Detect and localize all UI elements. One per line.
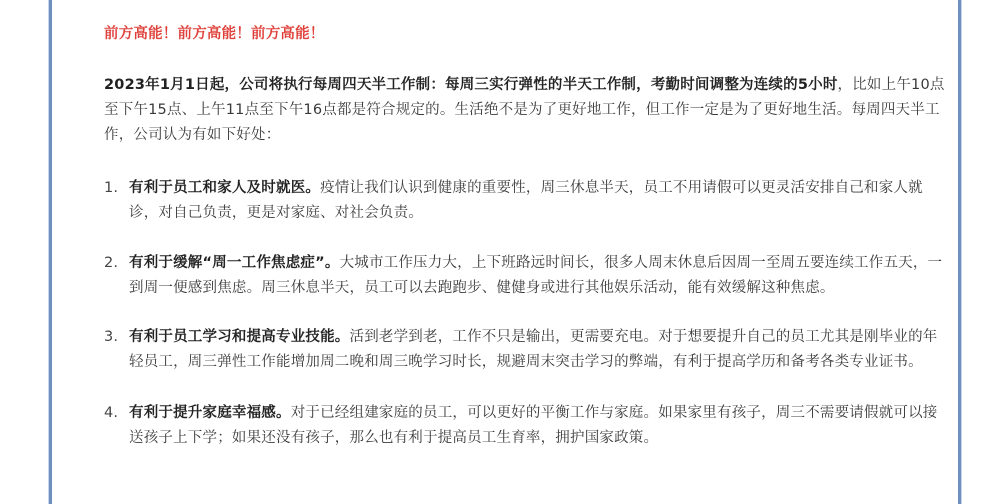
document-body: 前方高能！前方高能！前方高能！ 2023年1月1日起，公司将执行每周四天半工作制… [104,22,949,451]
list-item: 4.有利于提升家庭幸福感。对于已经组建家庭的员工，可以更好的平衡工作与家庭。如果… [104,401,949,451]
intro-bold-text: 2023年1月1日起，公司将执行每周四天半工作制：每周三实行弹性的半天工作制，考… [104,77,838,93]
list-number: 4. [104,401,118,426]
list-number: 2. [104,251,118,276]
intro-paragraph: 2023年1月1日起，公司将执行每周四天半工作制：每周三实行弹性的半天工作制，考… [104,73,949,148]
list-item: 2.有利于缓解“周一工作焦虑症”。大城市工作压力大，上下班路远时间长，很多人周末… [104,251,949,301]
list-item-heading: 有利于提升家庭幸福感。 [129,405,291,421]
benefits-list: 1.有利于员工和家人及时就医。疫情让我们认识到健康的重要性，周三休息半天，员工不… [104,176,949,451]
list-item-heading: 有利于缓解“周一工作焦虑症”。 [129,255,340,271]
list-number: 3. [104,325,118,350]
list-item-heading: 有利于员工和家人及时就医。 [129,180,320,196]
list-number: 1. [104,176,118,201]
warning-banner: 前方高能！前方高能！前方高能！ [104,22,949,47]
list-item: 3.有利于员工学习和提高专业技能。活到老学到老，工作不只是输出，更需要充电。对于… [104,325,949,375]
list-item: 1.有利于员工和家人及时就医。疫情让我们认识到健康的重要性，周三休息半天，员工不… [104,176,949,226]
list-item-heading: 有利于员工学习和提高专业技能。 [129,329,350,345]
